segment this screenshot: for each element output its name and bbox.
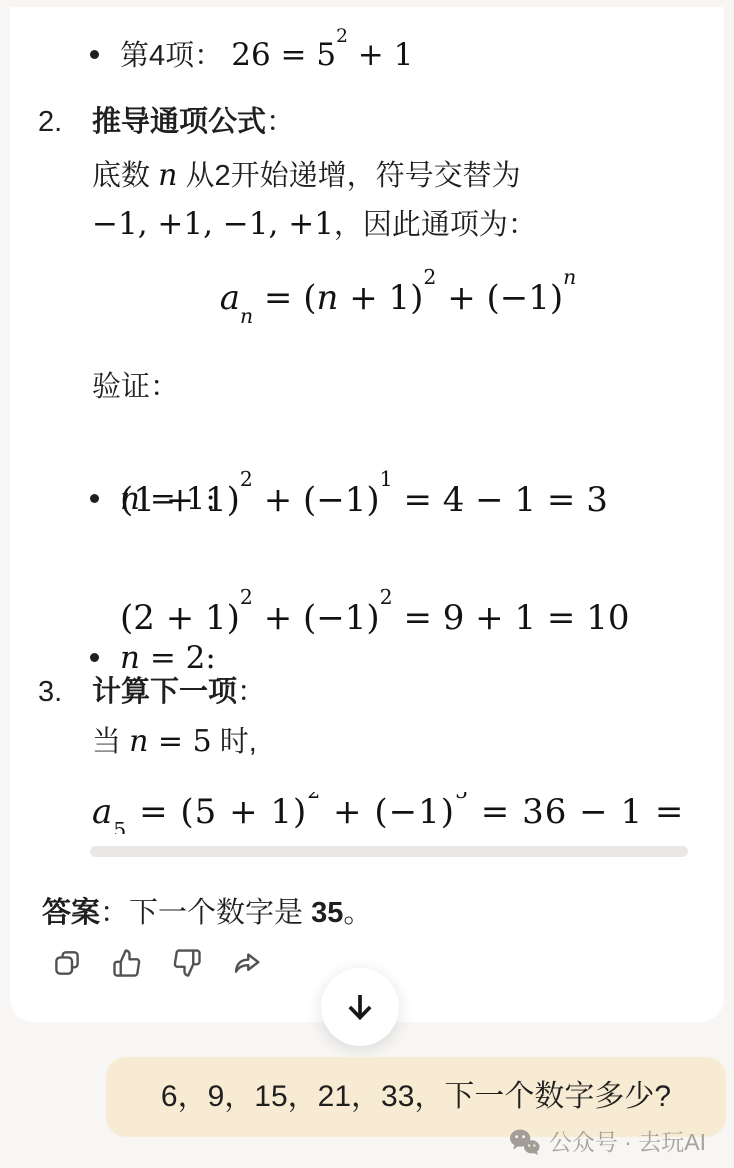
thumbs-down-icon <box>172 948 202 978</box>
derivation-line-2: −1, +1, −1, +1，因此通项为： <box>10 204 724 245</box>
down-arrow-icon <box>343 990 377 1024</box>
step-3-number: 3. <box>38 672 62 712</box>
term4-formula: 26 = 52 + 1 <box>231 37 413 73</box>
verify-label: 验证： <box>10 367 724 407</box>
answer-line: 答案：下一个数字是 35。 <box>10 893 724 933</box>
step-3-title: 计算下一项 <box>92 676 237 708</box>
watermark: 公众号 · 去玩AI <box>508 1126 706 1158</box>
list-item-term4: 第4项： 26 = 52 + 1 <box>10 35 724 76</box>
when-line: 当 n = 5 时, <box>10 722 724 762</box>
case-1-formula: (1 + 1)2 + (−1)1 = 4 − 1 = 3 <box>10 480 724 522</box>
dislike-button[interactable] <box>172 948 202 978</box>
share-button[interactable] <box>232 948 262 978</box>
step-3-heading: 3. 计算下一项： <box>10 672 724 712</box>
term4-label: 第4项 <box>120 40 194 72</box>
watermark-text: 公众号 · 去玩AI <box>549 1126 706 1158</box>
message-actions <box>52 948 262 978</box>
share-icon <box>232 948 262 978</box>
user-message-text: 6，9，15，21，33，下一个数字多少? <box>161 1080 671 1113</box>
derivation-line-1: 底数 n 从2开始递增，符号交替为 <box>10 156 724 196</box>
user-message-bubble: 6，9，15，21，33，下一个数字多少? <box>106 1057 726 1137</box>
a5-formula-scroll-region[interactable]: a5 = (5 + 1)2 + (−1)5 = 36 − 1 = 35 <box>10 792 724 834</box>
step-2-heading: 2. 推导通项公式： <box>10 102 724 142</box>
horizontal-scrollbar[interactable] <box>90 846 688 857</box>
var-n: n <box>158 158 177 193</box>
like-button[interactable] <box>112 948 142 978</box>
thumbs-up-icon <box>112 948 142 978</box>
copy-button[interactable] <box>52 948 82 978</box>
general-term-formula: an = (n + 1)2 + (−1)n <box>10 278 724 320</box>
assistant-message-card: 第4项： 26 = 52 + 1 2. 推导通项公式： 底数 n 从2开始递增，… <box>10 7 724 1022</box>
answer-number: 35 <box>311 897 343 929</box>
step-2-number: 2. <box>38 102 62 142</box>
bullet-icon <box>90 653 99 662</box>
step-2-title: 推导通项公式 <box>92 106 266 138</box>
wechat-icon <box>508 1128 541 1157</box>
answer-label: 答案 <box>42 897 100 929</box>
bullet-icon <box>90 50 99 59</box>
scroll-to-bottom-button[interactable] <box>321 968 399 1046</box>
case-2-formula: (2 + 1)2 + (−1)2 = 9 + 1 = 10 <box>10 598 724 640</box>
copy-icon <box>52 948 82 978</box>
